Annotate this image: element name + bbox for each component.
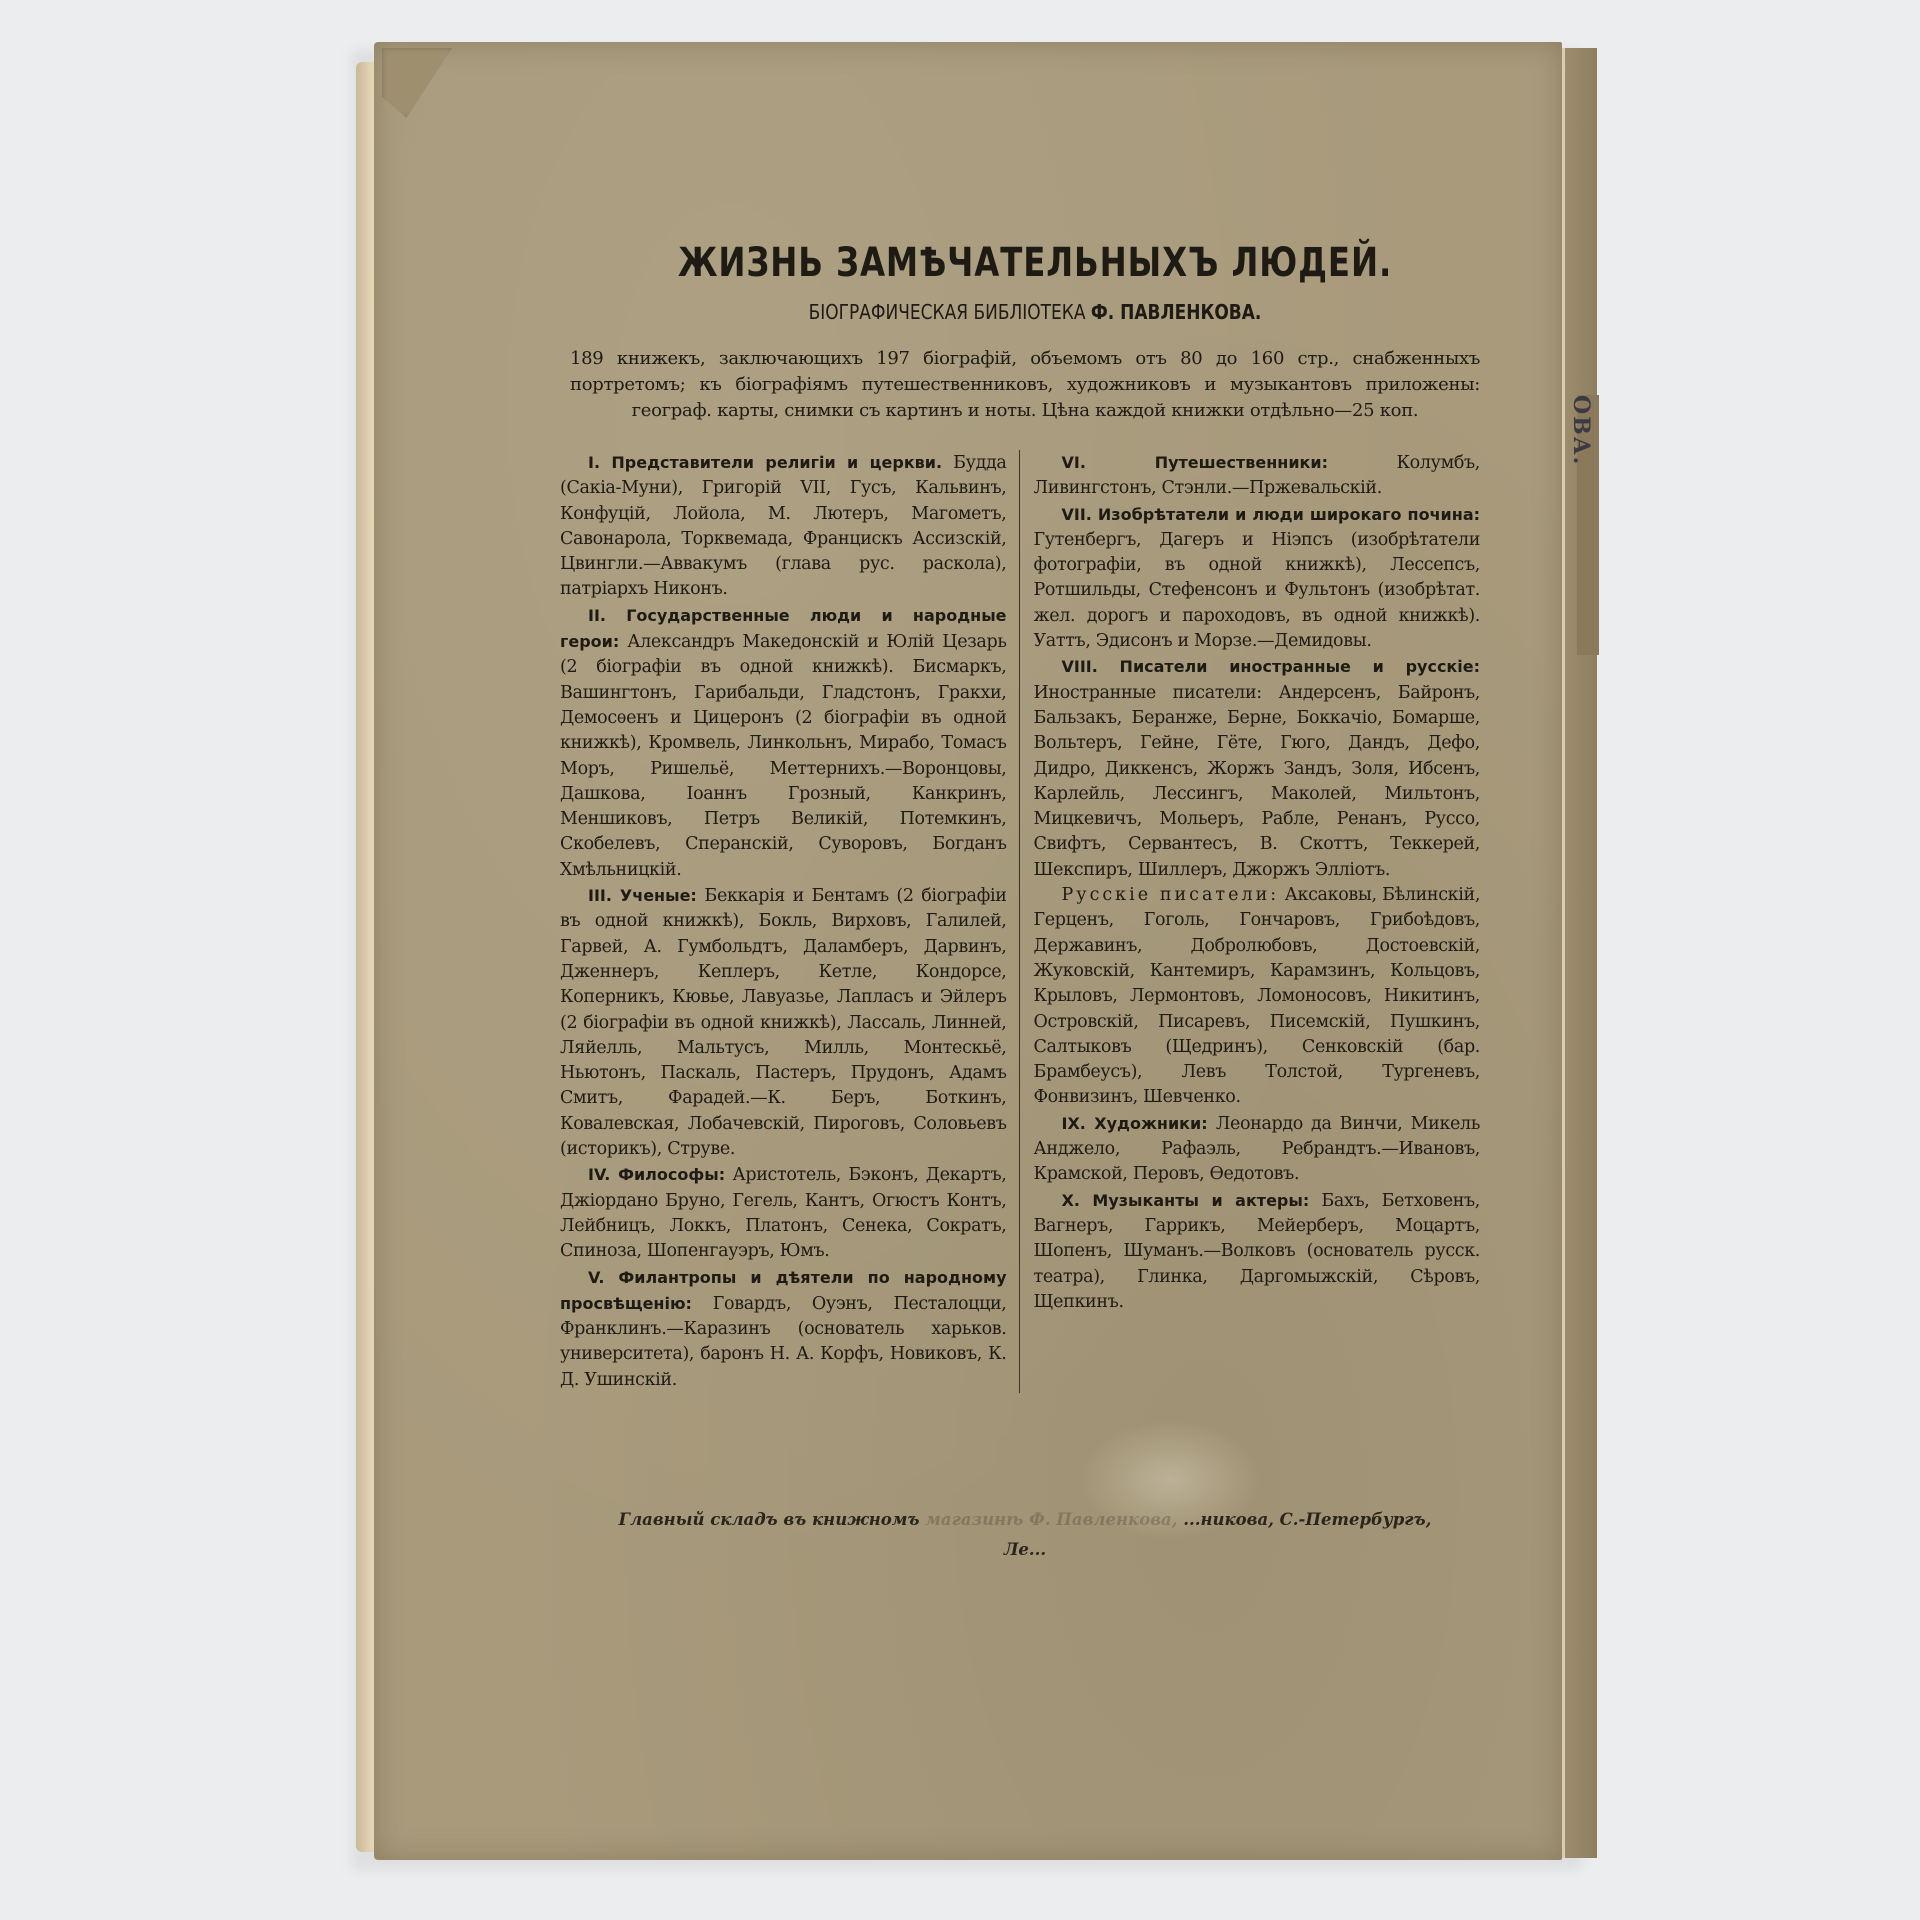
section-names: Аксаковы, Бѣлинскій, Герценъ, Гоголь, Го… bbox=[1034, 885, 1481, 1107]
catalog-section: X. Музыканты и актеры: Бахъ, Бетховенъ, … bbox=[1034, 1188, 1481, 1315]
catalog-section: II. Государственные люди и народные геро… bbox=[560, 603, 1007, 883]
section-heading: III. Ученые: bbox=[588, 886, 697, 905]
section-heading: VII. Изобрѣтатели и люди широкаго почина… bbox=[1062, 505, 1481, 524]
section-names: Будда (Сакіа-Муни), Григорій VII, Гусъ, … bbox=[560, 453, 1007, 599]
catalog-section: IX. Художники: Леонардо да Винчи, Микель… bbox=[1034, 1111, 1481, 1188]
spine-text: ОВА. bbox=[1568, 395, 1594, 466]
catalog-section: VII. Изобрѣтатели и люди широкаго почина… bbox=[1034, 502, 1481, 655]
catalog-section: V. Филантропы и дѣятели по народному про… bbox=[560, 1265, 1007, 1393]
catalog-columns: I. Представители религіи и церкви. Будда… bbox=[560, 450, 1480, 1393]
subsection-heading: Русскіе писатели: bbox=[1062, 885, 1280, 905]
series-description: 189 книжекъ, заключающихъ 197 біографій,… bbox=[570, 346, 1480, 424]
catalog-section: VIII. Писатели иностранные и русскіе: Ин… bbox=[1034, 654, 1481, 883]
catalog-section: VI. Путешественники: Колумбъ, Ливингстон… bbox=[1034, 450, 1481, 502]
section-heading: X. Музыканты и актеры: bbox=[1062, 1191, 1310, 1210]
section-heading: VI. Путешественники: bbox=[1062, 453, 1329, 472]
book-spine bbox=[1562, 48, 1597, 1858]
series-subtitle: БІОГРАФИЧЕСКАЯ БИБЛІОТЕКА Ф. ПАВЛЕНКОВА. bbox=[657, 300, 1414, 324]
publisher-footer: Главный складъ въ книжномъ магазинѣ Ф. П… bbox=[600, 1505, 1450, 1565]
section-heading: VIII. Писатели иностранные и русскіе: bbox=[1062, 657, 1481, 676]
section-heading: IX. Художники: bbox=[1062, 1114, 1208, 1133]
section-names: Гутенбергъ, Дагеръ и Ніэпсъ (изобрѣтател… bbox=[1034, 530, 1481, 651]
subtitle-library: БІОГРАФИЧЕСКАЯ БИБЛІОТЕКА bbox=[809, 300, 1086, 324]
catalog-section: III. Ученые: Беккарія и Бентамъ (2 біогр… bbox=[560, 883, 1007, 1162]
series-title: ЖИЗНЬ ЗАМѢЧАТЕЛЬНЫХЪ ЛЮДЕЙ. bbox=[635, 240, 1436, 286]
section-heading: IV. Философы: bbox=[588, 1165, 725, 1184]
footer-line-1: Главный складъ въ книжномъ магазинѣ Ф. П… bbox=[600, 1505, 1450, 1535]
catalog-section: I. Представители религіи и церкви. Будда… bbox=[560, 450, 1007, 603]
cover-content: ЖИЗНЬ ЗАМѢЧАТЕЛЬНЫХЪ ЛЮДЕЙ. БІОГРАФИЧЕСК… bbox=[560, 230, 1480, 1393]
section-names: Иностранные писатели: Андерсенъ, Байронъ… bbox=[1034, 683, 1481, 880]
catalog-right-column: VI. Путешественники: Колумбъ, Ливингстон… bbox=[1020, 450, 1481, 1393]
catalog-section: Русскіе писатели: Аксаковы, Бѣлинскій, Г… bbox=[1034, 883, 1481, 1111]
subtitle-publisher: Ф. ПАВЛЕНКОВА. bbox=[1091, 300, 1261, 324]
catalog-left-column: I. Представители религіи и церкви. Будда… bbox=[560, 450, 1019, 1393]
catalog-section: IV. Философы: Аристотель, Бэконъ, Декарт… bbox=[560, 1162, 1007, 1264]
footer-line-2: Ле... bbox=[600, 1535, 1450, 1565]
section-names: Александръ Македонскій и Юлій Цезарь (2 … bbox=[560, 632, 1007, 880]
section-names: Беккарія и Бентамъ (2 біографіи въ одной… bbox=[560, 886, 1007, 1159]
section-heading: I. Представители религіи и церкви. bbox=[588, 453, 942, 472]
